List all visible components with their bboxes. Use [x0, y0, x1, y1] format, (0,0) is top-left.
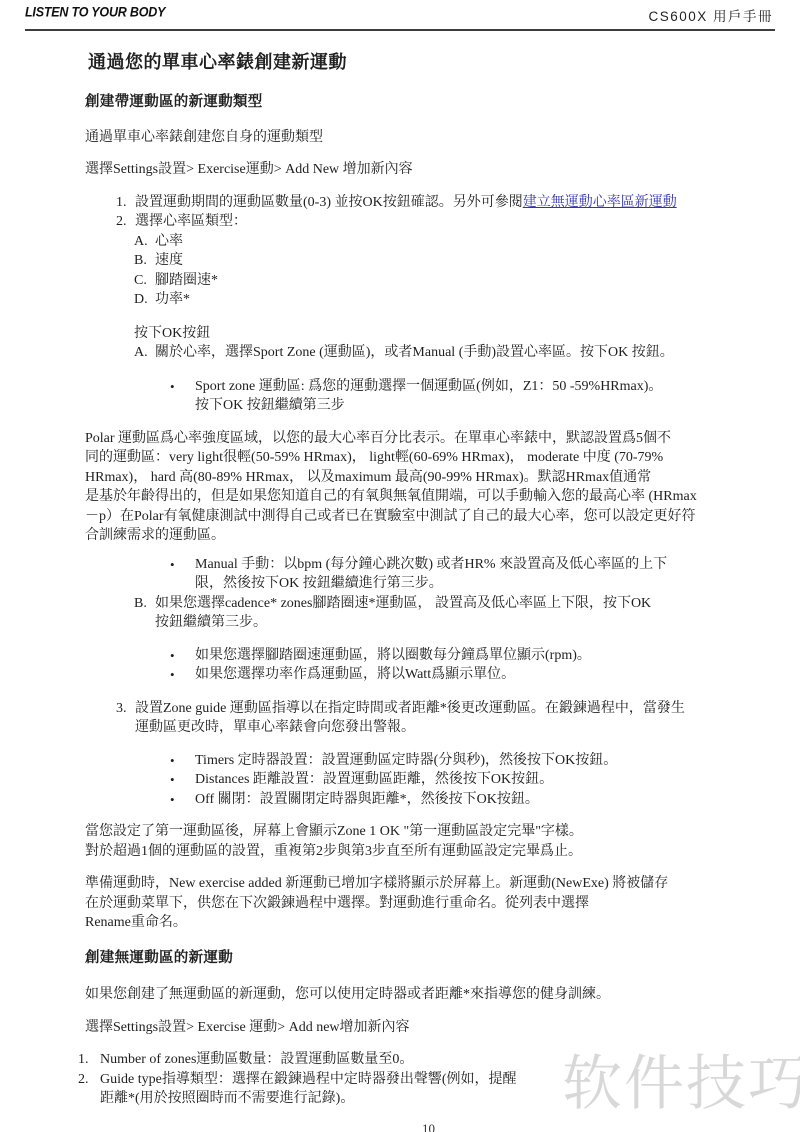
zone-type-text: 心率	[85, 232, 770, 252]
cadence-bullet-row: • 如果您選擇腳踏圈速運動區，將以圈數每分鐘爲單位顯示(rpm)。	[85, 646, 770, 666]
off-bullet-row: • Off 關閉：設置關閉定時器與距離*，然後按下OK按鈕。	[85, 790, 770, 810]
zone-type-text: 速度	[85, 251, 770, 271]
bullet-icon: •	[170, 790, 175, 810]
zone-type-row-heart-rate: A. 心率	[85, 232, 770, 252]
list-marker: A.	[134, 343, 148, 363]
list-marker: 1.	[78, 1050, 89, 1070]
step-3-row: 3. 設置Zone guide 運動區指導以在指定時間或者距離*後更改運動區。在…	[85, 699, 770, 738]
manual-bullet-text: Manual 手動：以bpm (每分鐘心跳次數) 或者HR% 來設置高及低心率區…	[85, 555, 770, 594]
power-bullet-text: 如果您選擇功率作爲運動區，將以Watt爲顯示單位。	[85, 665, 770, 685]
press-ok-line: 按下OK按鈕	[85, 324, 770, 344]
zone-type-row-cadence: C. 腳踏圈速*	[85, 271, 770, 291]
manual-page: LISTEN TO YOUR BODY CS600X 用戶手冊 通過您的單車心率…	[0, 0, 800, 1132]
list-marker: B.	[134, 251, 147, 271]
section-no-zones-menu-path: 選擇Settings設置> Exercise 運動> Add new增加新內容	[85, 1018, 770, 1038]
page-content: 通過您的單車心率錶創建新運動 創建帶運動區的新運動類型 通過單車心率錶創建您自身…	[0, 31, 800, 1109]
zone-type-row-speed: B. 速度	[85, 251, 770, 271]
manual-bullet-row: • Manual 手動：以bpm (每分鐘心跳次數) 或者HR% 來設置高及低心…	[85, 555, 770, 594]
step-2-row: 2. 選擇心率區類型：	[85, 212, 770, 232]
list-marker: A.	[134, 232, 148, 252]
section-no-zones-heading: 創建無運動區的新運動	[85, 949, 770, 969]
bullet-icon: •	[170, 770, 175, 790]
no-zones-item-1: 1. Number of zones運動區數量：設置運動區數量至0。	[85, 1050, 770, 1070]
cadence-bullet-text: 如果您選擇腳踏圈速運動區，將以圈數每分鐘爲單位顯示(rpm)。	[85, 646, 770, 666]
zone1-ok-paragraph: 當您設定了第一運動區後，屏幕上會顯示Zone 1 OK "第一運動區設定完畢"字…	[85, 822, 770, 861]
bullet-icon: •	[170, 646, 175, 666]
bullet-icon: •	[170, 665, 175, 685]
sport-zone-bullet-row: • Sport zone 運動區: 爲您的運動選擇一個運動區(例如，Z1：50 …	[85, 377, 770, 416]
press-ok-block: 按下OK按鈕 A. 關於心率，選擇Sport Zone (運動區)，或者Manu…	[85, 324, 770, 363]
guide-bullets: • Timers 定時器設置：設置運動區定時器(分與秒)，然後按下OK按鈕。 •…	[85, 751, 770, 810]
no-zones-list: 1. Number of zones運動區數量：設置運動區數量至0。 2. Gu…	[85, 1050, 770, 1109]
list-marker: D.	[134, 290, 148, 310]
step-2-text: 選擇心率區類型：	[85, 212, 770, 232]
list-marker: 1.	[116, 193, 127, 213]
option-a-text: 關於心率，選擇Sport Zone (運動區)，或者Manual (手動)設置心…	[85, 343, 770, 363]
step-1-row: 1. 設置運動期間的運動區數量(0-3) 並按OK按鈕確認。另外可參閱建立無運動…	[85, 193, 770, 213]
zone-type-text: 功率*	[85, 290, 770, 310]
section-zones-intro: 通過單車心率錶創建您自身的運動類型	[85, 128, 770, 148]
no-zones-item-1-text: Number of zones運動區數量：設置運動區數量至0。	[85, 1050, 770, 1070]
option-b-row: B. 如果您選擇cadence* zones腳踏圈速*運動區， 設置高及低心率區…	[85, 594, 770, 633]
brand-logo: LISTEN TO YOUR BODY	[25, 4, 165, 19]
timers-bullet-text: Timers 定時器設置：設置運動區定時器(分與秒)，然後按下OK按鈕。	[85, 751, 770, 771]
step-1-text: 設置運動期間的運動區數量(0-3) 並按OK按鈕確認。另外可參閱	[135, 195, 523, 210]
bullet-icon: •	[170, 751, 175, 771]
power-bullet-row: • 如果您選擇功率作爲運動區，將以Watt爲顯示單位。	[85, 665, 770, 685]
bullet-icon: •	[170, 377, 175, 397]
cadence-power-bullets: • 如果您選擇腳踏圈速運動區，將以圈數每分鐘爲單位顯示(rpm)。 • 如果您選…	[85, 646, 770, 685]
zone-type-text: 腳踏圈速*	[85, 271, 770, 291]
header-bar: LISTEN TO YOUR BODY CS600X 用戶手冊	[0, 0, 800, 25]
link-create-exercise-without-zones[interactable]: 建立無運動心率區新運動	[523, 195, 677, 210]
list-marker: 3.	[116, 699, 127, 719]
step-3-text: 設置Zone guide 運動區指導以在指定時間或者距離*後更改運動區。在鍛鍊過…	[85, 699, 770, 738]
bullet-icon: •	[170, 555, 175, 575]
timers-bullet-row: • Timers 定時器設置：設置運動區定時器(分與秒)，然後按下OK按鈕。	[85, 751, 770, 771]
no-zones-item-2-text: Guide type指導類型：選擇在鍛鍊過程中定時器發出聲響(例如，提醒 距離*…	[85, 1070, 770, 1109]
manual-and-option-b: • Manual 手動：以bpm (每分鐘心跳次數) 或者HR% 來設置高及低心…	[85, 555, 770, 633]
list-marker: 2.	[78, 1070, 89, 1090]
polar-zones-paragraph: Polar 運動區爲心率強度區域，以您的最大心率百分比表示。在單車心率錶中，默認…	[85, 429, 770, 546]
sport-zone-bullet-text: Sport zone 運動區: 爲您的運動選擇一個運動區(例如，Z1：50 -5…	[85, 377, 770, 416]
zone-type-row-power: D. 功率*	[85, 290, 770, 310]
section-zones-heading: 創建帶運動區的新運動類型	[85, 93, 770, 113]
option-b-text: 如果您選擇cadence* zones腳踏圈速*運動區， 設置高及低心率區上下限…	[85, 594, 770, 633]
option-a-row: A. 關於心率，選擇Sport Zone (運動區)，或者Manual (手動)…	[85, 343, 770, 363]
list-marker: C.	[134, 271, 147, 291]
list-marker: 2.	[116, 212, 127, 232]
list-marker: B.	[134, 594, 147, 614]
manual-title: CS600X 用戶手冊	[648, 5, 773, 25]
no-zones-item-2: 2. Guide type指導類型：選擇在鍛鍊過程中定時器發出聲響(例如，提醒 …	[85, 1070, 770, 1109]
page-title: 通過您的單車心率錶創建新運動	[88, 50, 770, 74]
section-zones-menu-path: 選擇Settings設置> Exercise運動> Add New 增加新內容	[85, 160, 770, 180]
numbered-steps-1-2: 1. 設置運動期間的運動區數量(0-3) 並按OK按鈕確認。另外可參閱建立無運動…	[85, 193, 770, 310]
page-number: 10	[422, 1121, 435, 1132]
distances-bullet-text: Distances 距離設置：設置運動區距離，然後按下OK按鈕。	[85, 770, 770, 790]
new-exercise-paragraph: 準備運動時，New exercise added 新運動已增加字樣將顯示於屏幕上…	[85, 874, 770, 933]
distances-bullet-row: • Distances 距離設置：設置運動區距離，然後按下OK按鈕。	[85, 770, 770, 790]
off-bullet-text: Off 關閉：設置關閉定時器與距離*，然後按下OK按鈕。	[85, 790, 770, 810]
section-no-zones-intro: 如果您創建了無運動區的新運動，您可以使用定時器或者距離*來指導您的健身訓練。	[85, 985, 770, 1005]
